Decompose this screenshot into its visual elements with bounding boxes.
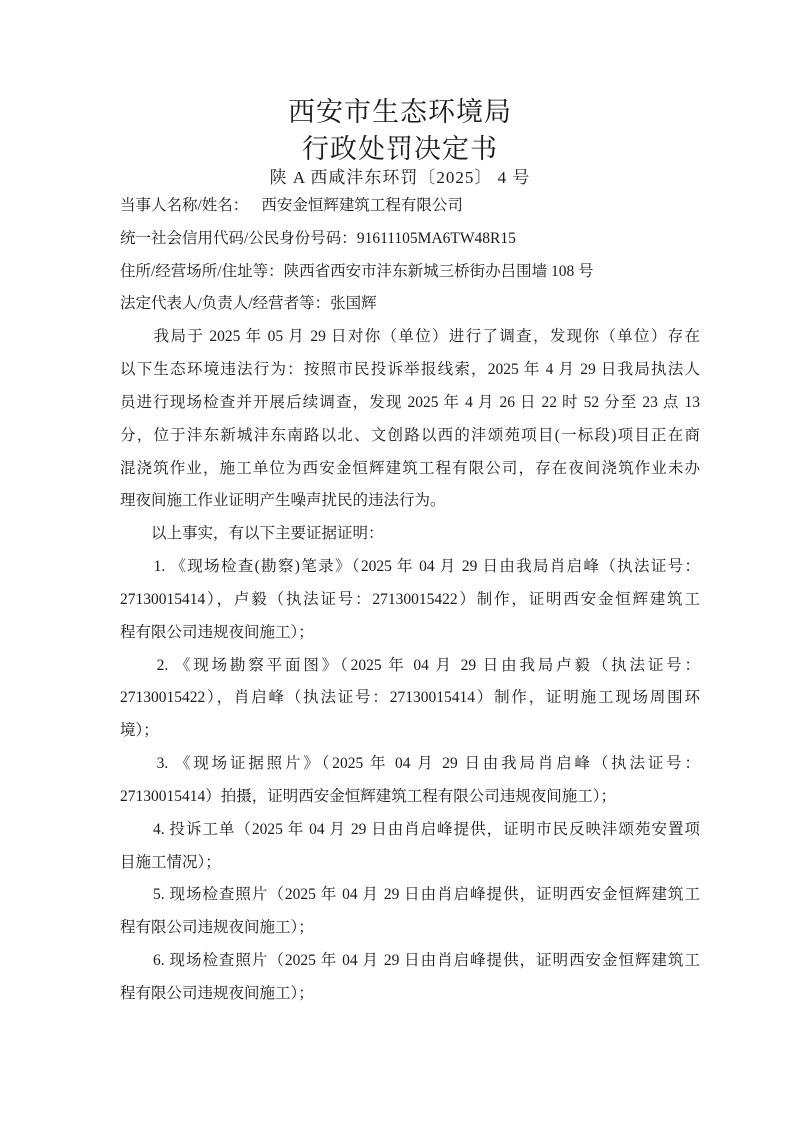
text-line: 混浇筑作业，施工单位为西安金恒辉建筑工程有限公司，存在夜间浇筑作业未办 <box>120 453 700 486</box>
party-legal-rep-row: 法定代表人/负责人/经营者等：张国辉 <box>120 288 700 321</box>
text-line: 程有限公司违规夜间施工）； <box>120 617 700 650</box>
text-line: 境）； <box>120 715 700 748</box>
party-name-value: 西安金恒辉建筑工程有限公司 <box>248 197 463 214</box>
text-line: 6. 现场检查照片（2025 年 04 月 29 日由肖启峰提供，证明西安金恒辉… <box>120 945 700 978</box>
org-title: 西安市生态环境局 <box>0 96 800 128</box>
body-lines: 我局于 2025 年 05 月 29 日对你（单位）进行了调查，发现你（单位）存… <box>120 321 700 1010</box>
doc-number: 陕 A 西咸沣东环罚〔2025〕 4 号 <box>0 168 800 188</box>
text-line: 员进行现场检查并开展后续调查，发现 2025 年 4 月 26 日 22 时 5… <box>120 387 700 420</box>
text-line: 程有限公司违规夜间施工）； <box>120 978 700 1011</box>
text-line: 以上事实，有以下主要证据证明： <box>120 518 700 551</box>
text-line: 4. 投诉工单（2025 年 04 月 29 日由肖启峰提供，证明市民反映沣颂苑… <box>120 814 700 847</box>
text-line: 5. 现场检查照片（2025 年 04 月 29 日由肖启峰提供，证明西安金恒辉… <box>120 879 700 912</box>
party-address-label: 住所/经营场所/住址等： <box>120 263 284 280</box>
party-credit-code-value: 91611105MA6TW48R15 <box>357 230 516 247</box>
text-line: 27130015422），肖启峰（执法证号：27130015414）制作，证明施… <box>120 682 700 715</box>
text-line: 3. 《现场证据照片》（2025 年 04 月 29 日由我局肖启峰（执法证号： <box>120 748 700 781</box>
text-line: 27130015414），卢毅（执法证号：27130015422）制作，证明西安… <box>120 584 700 617</box>
document-content: 当事人名称/姓名：西安金恒辉建筑工程有限公司 统一社会信用代码/公民身份号码：9… <box>120 190 700 1011</box>
text-line: 1. 《现场检查(勘察)笔录》（2025 年 04 月 29 日由我局肖启峰（执… <box>120 551 700 584</box>
doc-type-title: 行政处罚决定书 <box>0 133 800 165</box>
text-line: 理夜间施工作业证明产生噪声扰民的违法行为。 <box>120 485 700 518</box>
text-line: 以下生态环境违法行为：按照市民投诉举报线索，2025 年 4 月 29 日我局执… <box>120 354 700 387</box>
text-line: 2. 《现场勘察平面图》（2025 年 04 月 29 日由我局卢毅（执法证号： <box>120 650 700 683</box>
party-legal-rep-label: 法定代表人/负责人/经营者等： <box>120 295 330 312</box>
party-credit-code-row: 统一社会信用代码/公民身份号码：91611105MA6TW48R15 <box>120 223 700 256</box>
party-credit-code-label: 统一社会信用代码/公民身份号码： <box>120 230 357 247</box>
party-address-value: 陕西省西安市沣东新城三桥街办吕围墙 108 号 <box>284 263 594 280</box>
party-name-row: 当事人名称/姓名：西安金恒辉建筑工程有限公司 <box>120 190 700 223</box>
text-line: 目施工情况）； <box>120 847 700 880</box>
party-address-row: 住所/经营场所/住址等：陕西省西安市沣东新城三桥街办吕围墙 108 号 <box>120 256 700 289</box>
text-line: 程有限公司违规夜间施工）； <box>120 912 700 945</box>
party-name-label: 当事人名称/姓名： <box>120 197 248 214</box>
text-line: 27130015414）拍摄，证明西安金恒辉建筑工程有限公司违规夜间施工）； <box>120 781 700 814</box>
party-legal-rep-value: 张国辉 <box>330 295 377 312</box>
document-page: 西安市生态环境局 行政处罚决定书 陕 A 西咸沣东环罚〔2025〕 4 号 当事… <box>0 0 800 1132</box>
text-line: 分，位于沣东新城沣东南路以北、文创路以西的沣颂苑项目(一标段)项目正在商 <box>120 420 700 453</box>
text-line: 我局于 2025 年 05 月 29 日对你（单位）进行了调查，发现你（单位）存… <box>120 321 700 354</box>
